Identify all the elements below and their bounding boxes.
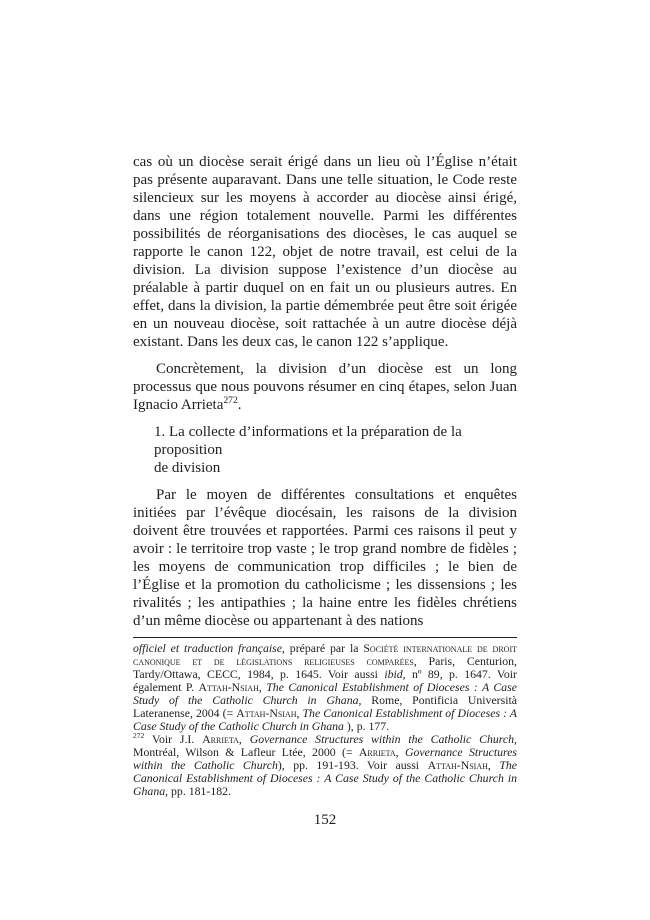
footnote-continuation: officiel et traduction française, prépar… xyxy=(133,642,517,733)
body-paragraph-consultations: Par le moyen de différentes consultation… xyxy=(133,486,517,630)
document-page: cas où un diocèse serait érigé dans un l… xyxy=(0,0,650,920)
page-number: 152 xyxy=(133,812,517,829)
footnote-separator xyxy=(133,637,517,638)
footnote-272: 272 Voir J.I. Arrieta, Governance Struct… xyxy=(133,733,517,798)
body-paragraph-division-process: Concrètement, la division d’un diocèse e… xyxy=(133,360,517,414)
body-paragraph-continuation: cas où un diocèse serait érigé dans un l… xyxy=(133,153,517,351)
footnotes-block: officiel et traduction française, prépar… xyxy=(133,642,517,798)
page-content: cas où un diocèse serait érigé dans un l… xyxy=(133,153,517,829)
section-heading-line2: de division xyxy=(154,459,517,477)
section-heading-line1: 1. La collecte d’informations et la prép… xyxy=(154,423,517,459)
section-heading: 1. La collecte d’informations et la prép… xyxy=(154,423,517,477)
